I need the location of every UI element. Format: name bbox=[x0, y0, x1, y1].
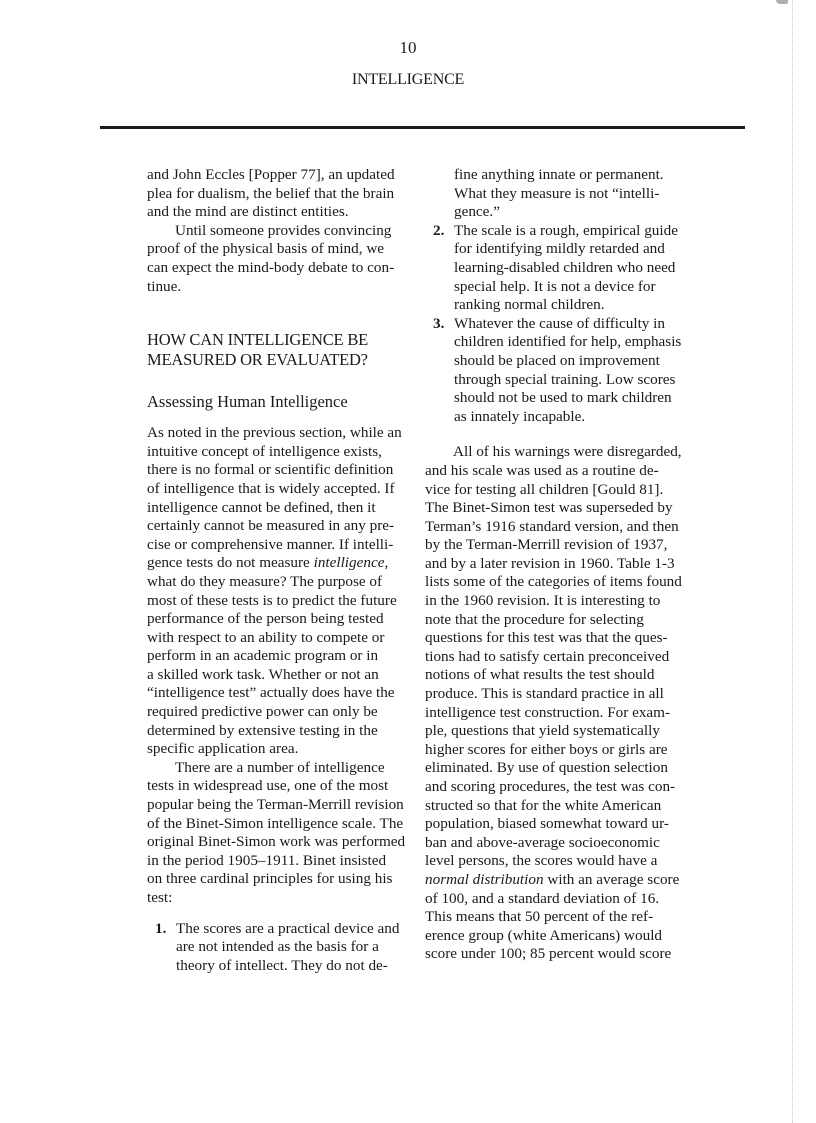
list-item-line: 2.The scale is a rough, empirical guide bbox=[425, 222, 715, 241]
scan-corner-mark bbox=[776, 0, 788, 4]
text-line: higher scores for either boys or girls a… bbox=[425, 741, 715, 760]
list-item-line: fine anything innate or permanent. bbox=[425, 166, 715, 185]
text-span: Whatever the cause of difficulty in bbox=[454, 315, 665, 332]
text-line: level persons, the scores would have a bbox=[425, 852, 715, 871]
text-line: and John Eccles [Popper 77], an updated bbox=[147, 166, 412, 185]
list-item-line: gence.” bbox=[425, 203, 715, 222]
text-line: of the Binet-Simon intelligence scale. T… bbox=[147, 815, 412, 834]
text-line: by the Terman-Merrill revision of 1937, bbox=[425, 536, 715, 555]
text-line: and his scale was used as a routine de- bbox=[425, 462, 715, 481]
text-line: population, biased somewhat toward ur- bbox=[425, 815, 715, 834]
right-column: fine anything innate or permanent. What … bbox=[425, 166, 715, 964]
list-item-line: What they measure is not “intelli- bbox=[425, 185, 715, 204]
text-line: tests in widespread use, one of the most bbox=[147, 777, 412, 796]
text-line: of 100, and a standard deviation of 16. bbox=[425, 890, 715, 909]
text-line: popular being the Terman-Merrill revisio… bbox=[147, 796, 412, 815]
paragraph-all-warnings: All of his warnings were disregarded, an… bbox=[425, 443, 715, 964]
list-item-line: special help. It is not a device for bbox=[425, 278, 715, 297]
text-line: plea for dualism, the belief that the br… bbox=[147, 185, 412, 204]
text-line: test: bbox=[147, 889, 412, 908]
text-line: and scoring procedures, the test was con… bbox=[425, 778, 715, 797]
list-number: 1. bbox=[155, 920, 166, 939]
text-line: score under 100; 85 percent would score bbox=[425, 945, 715, 964]
text-line: intuitive concept of intelligence exists… bbox=[147, 443, 412, 462]
text-line: normal distribution with an average scor… bbox=[425, 871, 715, 890]
scan-page-edge bbox=[792, 0, 793, 1123]
list-item-line: 3.Whatever the cause of difficulty in bbox=[425, 315, 715, 334]
text-line: tinue. bbox=[147, 278, 412, 297]
text-line: As noted in the previous section, while … bbox=[147, 424, 412, 443]
text-line: of intelligence that is widely accepted.… bbox=[147, 480, 412, 499]
paragraph-as-noted: As noted in the previous section, while … bbox=[147, 424, 412, 759]
text-line: note that the procedure for selecting bbox=[425, 611, 715, 630]
list-item-line: through special training. Low scores bbox=[425, 371, 715, 390]
list-number: 3. bbox=[433, 315, 444, 334]
heading-line: MEASURED OR EVALUATED? bbox=[147, 350, 412, 370]
text-line: tions had to satisfy certain preconceive… bbox=[425, 648, 715, 667]
list-item-1: 1.The scores are a practical device and … bbox=[147, 920, 412, 976]
text-line: vice for testing all children [Gould 81]… bbox=[425, 481, 715, 500]
text-line: Until someone provides convincing bbox=[147, 222, 412, 241]
text-line: eliminated. By use of question selection bbox=[425, 759, 715, 778]
text-line: questions for this test was that the que… bbox=[425, 629, 715, 648]
text-span: gence tests do not measure bbox=[147, 554, 314, 571]
list-item-line: for identifying mildly retarded and bbox=[425, 240, 715, 259]
text-line: erence group (white Americans) would bbox=[425, 927, 715, 946]
text-line: perform in an academic program or in bbox=[147, 647, 412, 666]
list-item-line: learning-disabled children who need bbox=[425, 259, 715, 278]
text-line: required predictive power can only be bbox=[147, 703, 412, 722]
text-line: specific application area. bbox=[147, 740, 412, 759]
list-item-line: should not be used to mark children bbox=[425, 389, 715, 408]
text-line: Terman’s 1916 standard version, and then bbox=[425, 518, 715, 537]
list-item-1-continued: fine anything innate or permanent. What … bbox=[425, 166, 715, 222]
list-item-line: are not intended as the basis for a bbox=[147, 938, 412, 957]
page-number: 10 bbox=[0, 38, 816, 58]
list-item-line: as innately incapable. bbox=[425, 408, 715, 427]
text-span: with an average score bbox=[544, 871, 680, 888]
text-line: what do they measure? The purpose of bbox=[147, 573, 412, 592]
heading-line: HOW CAN INTELLIGENCE BE bbox=[147, 330, 412, 350]
text-line: All of his warnings were disregarded, bbox=[425, 443, 715, 462]
text-line: ban and above-average socioeconomic bbox=[425, 834, 715, 853]
text-line: ple, questions that yield systematically bbox=[425, 722, 715, 741]
text-line: intelligence cannot be defined, then it bbox=[147, 499, 412, 518]
list-item-line: 1.The scores are a practical device and bbox=[147, 920, 412, 939]
text-span: The scale is a rough, empirical guide bbox=[454, 222, 678, 239]
text-line: in the period 1905–1911. Binet insisted bbox=[147, 852, 412, 871]
paragraph-dualism: and John Eccles [Popper 77], an updated … bbox=[147, 166, 412, 222]
list-item-line: ranking normal children. bbox=[425, 296, 715, 315]
text-line: “intelligence test” actually does have t… bbox=[147, 684, 412, 703]
text-line: lists some of the categories of items fo… bbox=[425, 573, 715, 592]
text-line: and by a later revision in 1960. Table 1… bbox=[425, 555, 715, 574]
text-line: proof of the physical basis of mind, we bbox=[147, 240, 412, 259]
text-line: in the 1960 revision. It is interesting … bbox=[425, 592, 715, 611]
text-line: determined by extensive testing in the bbox=[147, 722, 412, 741]
text-line: and the mind are distinct entities. bbox=[147, 203, 412, 222]
text-line: can expect the mind-body debate to con- bbox=[147, 259, 412, 278]
list-number: 2. bbox=[433, 222, 444, 241]
text-line: most of these tests is to predict the fu… bbox=[147, 592, 412, 611]
left-column: and John Eccles [Popper 77], an updated … bbox=[147, 166, 412, 975]
text-line: there is no formal or scientific definit… bbox=[147, 461, 412, 480]
list-item-line: theory of intellect. They do not de- bbox=[147, 957, 412, 976]
paragraph-there-are: There are a number of intelligence tests… bbox=[147, 759, 412, 908]
list-item-2: 2.The scale is a rough, empirical guide … bbox=[425, 222, 715, 315]
list-item-line: children identified for help, emphasis bbox=[425, 333, 715, 352]
text-line: produce. This is standard practice in al… bbox=[425, 685, 715, 704]
text-span: , bbox=[384, 554, 388, 571]
text-line: This means that 50 percent of the ref- bbox=[425, 908, 715, 927]
list-item-3: 3.Whatever the cause of difficulty in ch… bbox=[425, 315, 715, 427]
running-title: INTELLIGENCE bbox=[0, 70, 816, 90]
text-line: The Binet-Simon test was superseded by bbox=[425, 499, 715, 518]
text-line: original Binet-Simon work was performed bbox=[147, 833, 412, 852]
header-rule bbox=[100, 126, 745, 129]
text-line: intelligence test construction. For exam… bbox=[425, 704, 715, 723]
text-line: certainly cannot be measured in any pre- bbox=[147, 517, 412, 536]
subsection-heading: Assessing Human Intelligence bbox=[147, 392, 412, 412]
emphasis-normal-distribution: normal distribution bbox=[425, 871, 544, 888]
text-line: structed so that for the white American bbox=[425, 797, 715, 816]
paragraph-until: Until someone provides convincing proof … bbox=[147, 222, 412, 296]
text-line: a skilled work task. Whether or not an bbox=[147, 666, 412, 685]
section-heading: HOW CAN INTELLIGENCE BE MEASURED OR EVAL… bbox=[147, 330, 412, 370]
text-line: gence tests do not measure intelligence, bbox=[147, 554, 412, 573]
text-line: cise or comprehensive manner. If intelli… bbox=[147, 536, 412, 555]
text-line: with respect to an ability to compete or bbox=[147, 629, 412, 648]
text-line: on three cardinal principles for using h… bbox=[147, 870, 412, 889]
text-line: notions of what results the test should bbox=[425, 666, 715, 685]
list-item-line: should be placed on improvement bbox=[425, 352, 715, 371]
text-line: performance of the person being tested bbox=[147, 610, 412, 629]
text-line: There are a number of intelligence bbox=[147, 759, 412, 778]
emphasis-intelligence: intelligence bbox=[314, 554, 385, 571]
text-span: The scores are a practical device and bbox=[176, 920, 399, 937]
